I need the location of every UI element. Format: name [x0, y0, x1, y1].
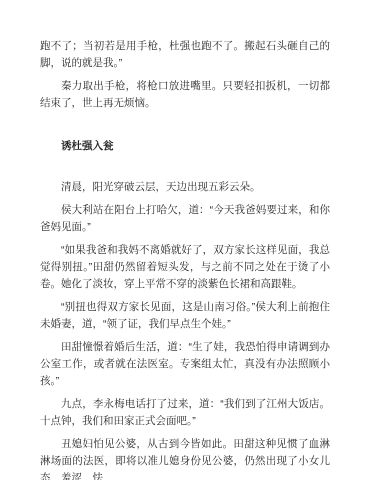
paragraph: 九点，李永梅电话打了过来，道：“我们到了江州大饭店。十点钟，我们和田家正式会面吧…: [40, 396, 330, 430]
paragraph: “如果我爸和我妈不离婚就好了，双方家长这样见面，我总觉得别扭。”田甜仍然留着短头…: [40, 242, 330, 293]
paragraph: “别扭也得双方家长见面，这是山南习俗。”侯大利上前抱住未婚妻，道，“领了证，我们…: [40, 299, 330, 333]
chapter-heading: 诱杜强入瓮: [40, 138, 330, 155]
paragraph: 丑媳妇怕见公婆，从古到今皆如此。田甜这种见惯了血淋淋场面的法医，即将以准儿媳身份…: [40, 436, 330, 480]
paragraph: 清晨，阳光穿破云层，天边出现五彩云朵。: [40, 179, 330, 196]
ebook-reader-page: 跑不了；当初若是用手枪，杜强也跑不了。搬起石头砸自己的脚，说的就是我。” 秦力取…: [0, 0, 370, 480]
paragraph: 田甜憧憬着婚后生活，道：“生了娃，我恐怕得申请调到办公室工作，或者就在法医室。专…: [40, 339, 330, 390]
paragraph: 侯大利站在阳台上打哈欠，道：“今天我爸妈要过来，和你爸妈见面。”: [40, 202, 330, 236]
paragraph: 秦力取出手枪，将枪口放进嘴里。只要轻扣扳机，一切都结束了，世上再无烦恼。: [40, 78, 330, 112]
paragraph-continued: 跑不了；当初若是用手枪，杜强也跑不了。搬起石头砸自己的脚，说的就是我。”: [40, 38, 330, 72]
